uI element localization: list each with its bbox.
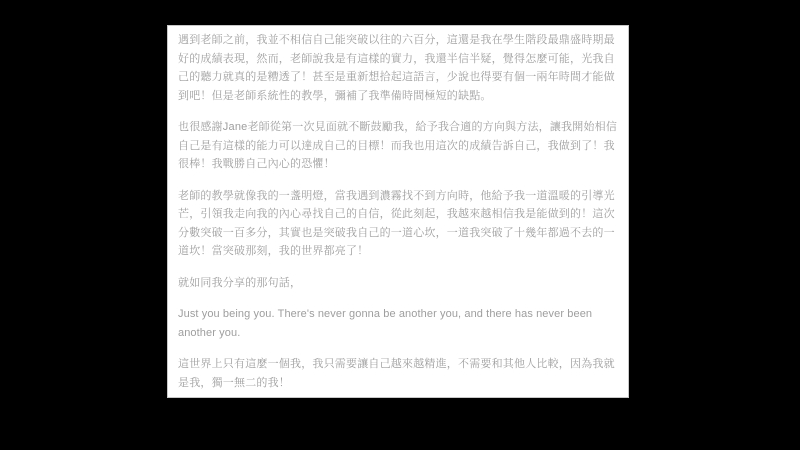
page-background: { "page": { "background_color": "#000000…	[0, 0, 800, 450]
testimonial-paragraph-3: 老師的教學就像我的一盞明燈，當我遇到濃霧找不到方向時，他給予我一道溫暖的引導光芒…	[178, 187, 620, 261]
testimonial-card: 遇到老師之前，我並不相信自己能突破以往的六百分，這還是我在學生階段最鼎盛時期最好…	[167, 25, 629, 398]
testimonial-paragraph-1: 遇到老師之前，我並不相信自己能突破以往的六百分，這還是我在學生階段最鼎盛時期最好…	[178, 31, 620, 105]
testimonial-paragraph-2: 也很感謝Jane老師從第一次見面就不斷鼓勵我，給予我合適的方向與方法，讓我開始相…	[178, 118, 620, 174]
testimonial-quote-english: Just you being you. There's never gonna …	[178, 305, 620, 342]
testimonial-paragraph-4: 就如同我分享的那句話，	[178, 274, 620, 293]
testimonial-paragraph-6: 這世界上只有這麼一個我，我只需要讓自己越來越精進，不需要和其他人比較，因為我就是…	[178, 355, 620, 392]
